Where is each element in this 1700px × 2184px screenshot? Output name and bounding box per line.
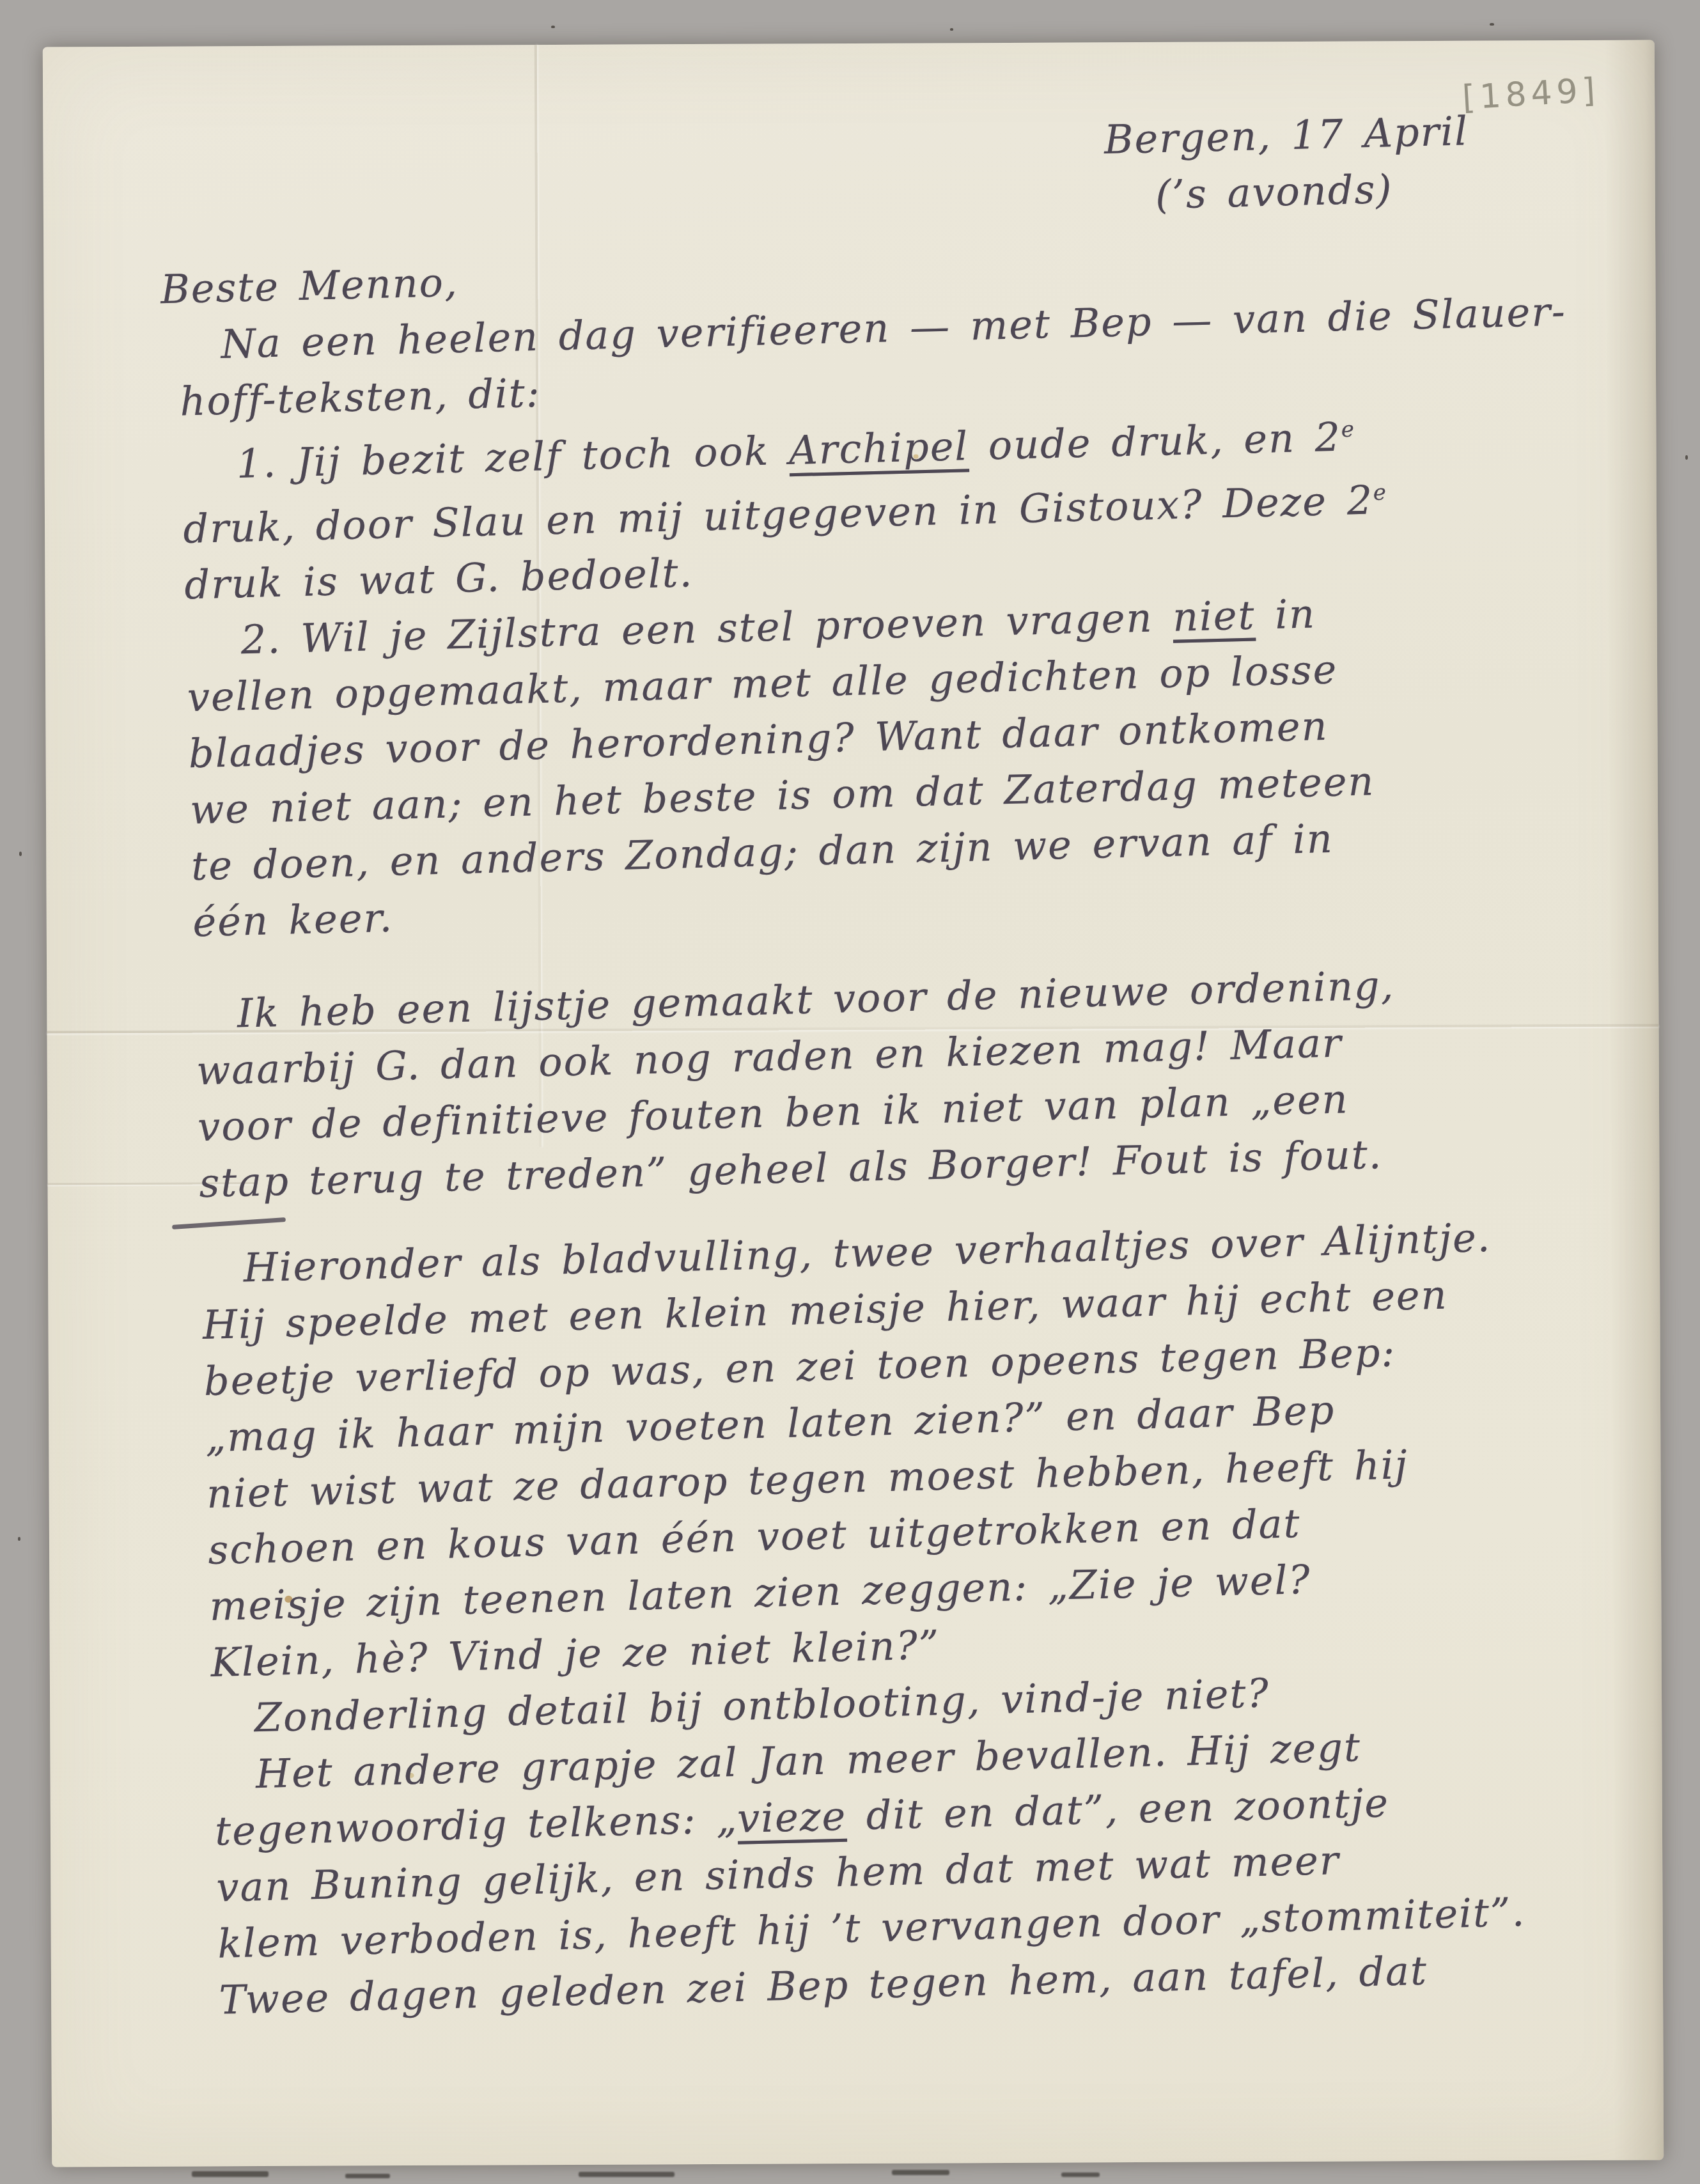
scan-edge-speck xyxy=(1685,455,1688,460)
scan-bottom-smudge xyxy=(892,2170,949,2175)
text-segment: hoff-teksten, dit: xyxy=(180,370,542,425)
text-segment: oude druk, en 2 xyxy=(968,414,1342,469)
dateline: Bergen, 17 April (’s avonds) xyxy=(1103,99,1621,224)
scan-bottom-smudge xyxy=(1061,2172,1100,2177)
scan-edge-speck xyxy=(18,1537,20,1541)
text-segment: druk is wat G. bedoelt. xyxy=(184,549,694,608)
scan-edge-speck xyxy=(1490,23,1494,26)
underlined-word: niet xyxy=(1172,592,1256,641)
letter-page: [1849] Bergen, 17 April (’s avonds) Best… xyxy=(43,40,1664,2167)
text-segment: e xyxy=(1341,417,1355,443)
text-segment: 1. Jij bezit zelf toch ook xyxy=(236,427,790,487)
text-segment: één keer. xyxy=(192,894,394,946)
underlined-word: Archipel xyxy=(788,423,969,474)
scan-edge-speck xyxy=(551,26,555,28)
text-segment: tegenwoordig telkens: „ xyxy=(214,1795,738,1855)
scan-bottom-smudge xyxy=(192,2171,269,2177)
text-segment: in xyxy=(1255,591,1316,639)
letter-body: Bergen, 17 April (’s avonds) Beste Menno… xyxy=(173,99,1665,2029)
text-segment: e xyxy=(1373,480,1387,506)
scan-edge-speck xyxy=(950,28,953,31)
dateline-time: (’s avonds) xyxy=(1155,155,1621,223)
scan-edge-speck xyxy=(19,852,22,856)
text-segment: dit en dat”, een zoontje xyxy=(846,1779,1389,1839)
scan-bottom-smudge xyxy=(579,2172,675,2177)
underlined-word: vieze xyxy=(737,1793,847,1842)
letter-lines: Na een heelen dag verifieeren — met Bep … xyxy=(178,282,1665,2029)
scan-bottom-smudge xyxy=(345,2174,390,2178)
